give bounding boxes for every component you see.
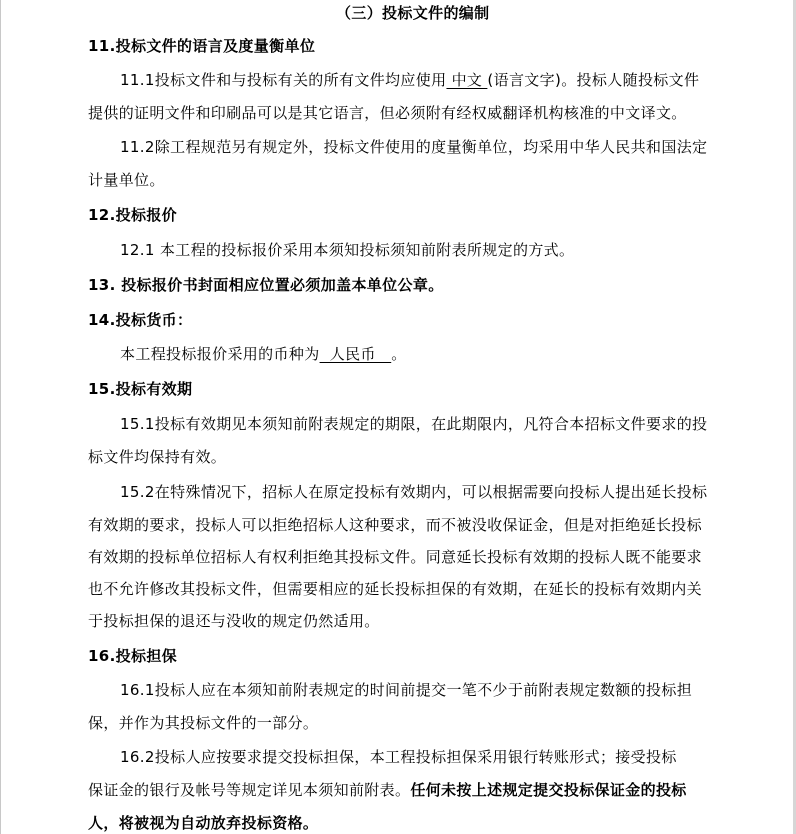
para-11-2-line2: 计量单位。 — [88, 170, 165, 190]
para-16-2-line2: 保证金的银行及帐号等规定详见本须知前附表。任何未按上述规定提交投标保证金的投标 — [88, 780, 687, 800]
para-11-1-line2: 提供的证明文件和印刷品可以是其它语言，但必须附有经权威翻译机构核准的中文译文。 — [88, 103, 687, 123]
heading-12: 12.投标报价 — [88, 205, 177, 225]
heading-16: 16.投标担保 — [88, 646, 177, 666]
para-11-1-line1: 11.1投标文件和与投标有关的所有文件均应使用 中文 (语言文字)。投标人随投标… — [120, 70, 699, 90]
page-left-border — [0, 0, 1, 834]
para-11-1-text: 11.1投标文件和与投标有关的所有文件均应使用 — [120, 71, 446, 89]
para-14-1: 本工程投标报价采用的币种为 人民币 。 — [120, 344, 407, 364]
heading-14: 14.投标货币： — [88, 310, 192, 330]
para-16-1-line2: 保，并作为其投标文件的一部分。 — [88, 713, 318, 733]
para-14-text-post: 。 — [391, 345, 406, 363]
section-title: （三）投标文件的编制 — [336, 3, 490, 23]
heading-13: 13. 投标报价书封面相应位置必须加盖本单位公章。 — [88, 275, 444, 295]
para-15-2-line5: 于投标担保的退还与没收的规定仍然适用。 — [88, 611, 380, 631]
para-15-2-line3: 有效期的投标单位招标人有权利拒绝其投标文件。同意延长投标有效期的投标人既不能要求 — [88, 547, 702, 567]
para-12-1: 12.1 本工程的投标报价采用本须知投标须知前附表所规定的方式。 — [120, 240, 574, 260]
para-16-1-line1: 16.1投标人应在本须知前附表规定的时间前提交一笔不少于前附表规定数额的投标担 — [120, 680, 692, 700]
heading-15: 15.投标有效期 — [88, 379, 192, 399]
para-16-2-text: 保证金的银行及帐号等规定详见本须知前附表。 — [88, 781, 410, 799]
para-16-2-bold-warning: 任何未按上述规定提交投标保证金的投标 — [410, 781, 686, 799]
para-15-2-line4: 也不允许修改其投标文件，但需要相应的延长投标担保的有效期，在延长的投标有效期内关 — [88, 579, 702, 599]
heading-11: 11.投标文件的语言及度量衡单位 — [88, 36, 315, 56]
para-11-2-line1: 11.2除工程规范另有规定外，投标文件使用的度量衡单位，均采用中华人民共和国法定 — [120, 137, 707, 157]
para-15-2-line2: 有效期的要求，投标人可以拒绝招标人这种要求，而不被没收保证金，但是对拒绝延长投标 — [88, 515, 702, 535]
para-16-2-line3: 人，将被视为自动放弃投标资格。 — [88, 813, 318, 833]
para-15-2-line1: 15.2在特殊情况下，招标人在原定投标有效期内，可以根据需要向投标人提出延长投标 — [120, 482, 707, 502]
currency-field: 人民币 — [320, 345, 392, 363]
language-field: 中文 — [446, 71, 487, 89]
para-16-2-line1: 16.2投标人应按要求提交投标担保，本工程投标担保采用银行转账形式；接受投标 — [120, 747, 677, 767]
para-14-text: 本工程投标报价采用的币种为 — [120, 345, 320, 363]
para-15-1-line2: 标文件均保持有效。 — [88, 447, 226, 467]
para-11-1-text-post: (语言文字)。投标人随投标文件 — [487, 71, 699, 89]
para-15-1-line1: 15.1投标有效期见本须知前附表规定的期限，在此期限内，凡符合本招标文件要求的投 — [120, 414, 707, 434]
